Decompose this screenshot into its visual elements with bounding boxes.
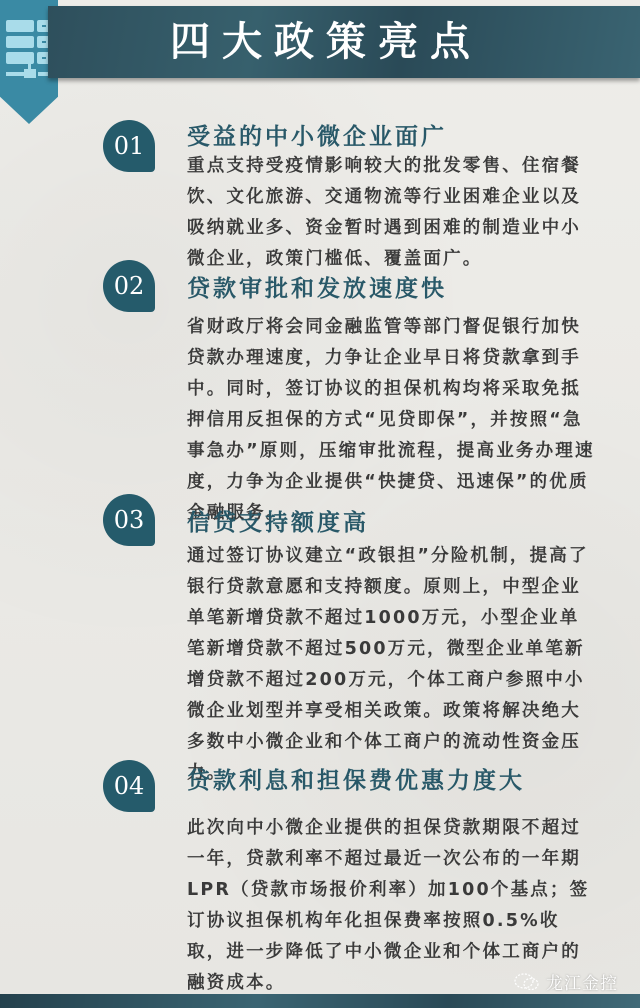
section-body: 重点支持受疫情影响较大的批发零售、住宿餐饮、文化旅游、交通物流等行业困难企业以及…	[187, 151, 597, 275]
section-number-badge: 04	[103, 760, 155, 812]
watermark-text: 龙江金控	[546, 969, 618, 994]
page-title: 四大政策亮点	[170, 6, 482, 78]
section-title: 信贷支持额度高	[187, 504, 369, 537]
section-body: 省财政厅将会同金融监管等部门督促银行加快贷款办理速度，力争让企业早日将贷款拿到手…	[187, 312, 597, 529]
header-bar: 四大政策亮点	[48, 6, 640, 78]
section-number-badge: 01	[103, 120, 155, 172]
footer-bar	[0, 994, 640, 1008]
section-number-badge: 02	[103, 260, 155, 312]
watermark: 龙江金控	[514, 969, 618, 994]
section-number-badge: 03	[103, 494, 155, 546]
section-title: 受益的中小微企业面广	[187, 118, 447, 151]
section-body: 通过签订协议建立“政银担”分险机制，提高了银行贷款意愿和支持额度。原则上，中型企…	[187, 541, 597, 789]
server-network-icon	[6, 18, 52, 82]
wechat-icon	[514, 972, 540, 992]
section-title: 贷款审批和发放速度快	[187, 270, 447, 303]
section-title: 贷款利息和担保费优惠力度大	[187, 762, 525, 795]
